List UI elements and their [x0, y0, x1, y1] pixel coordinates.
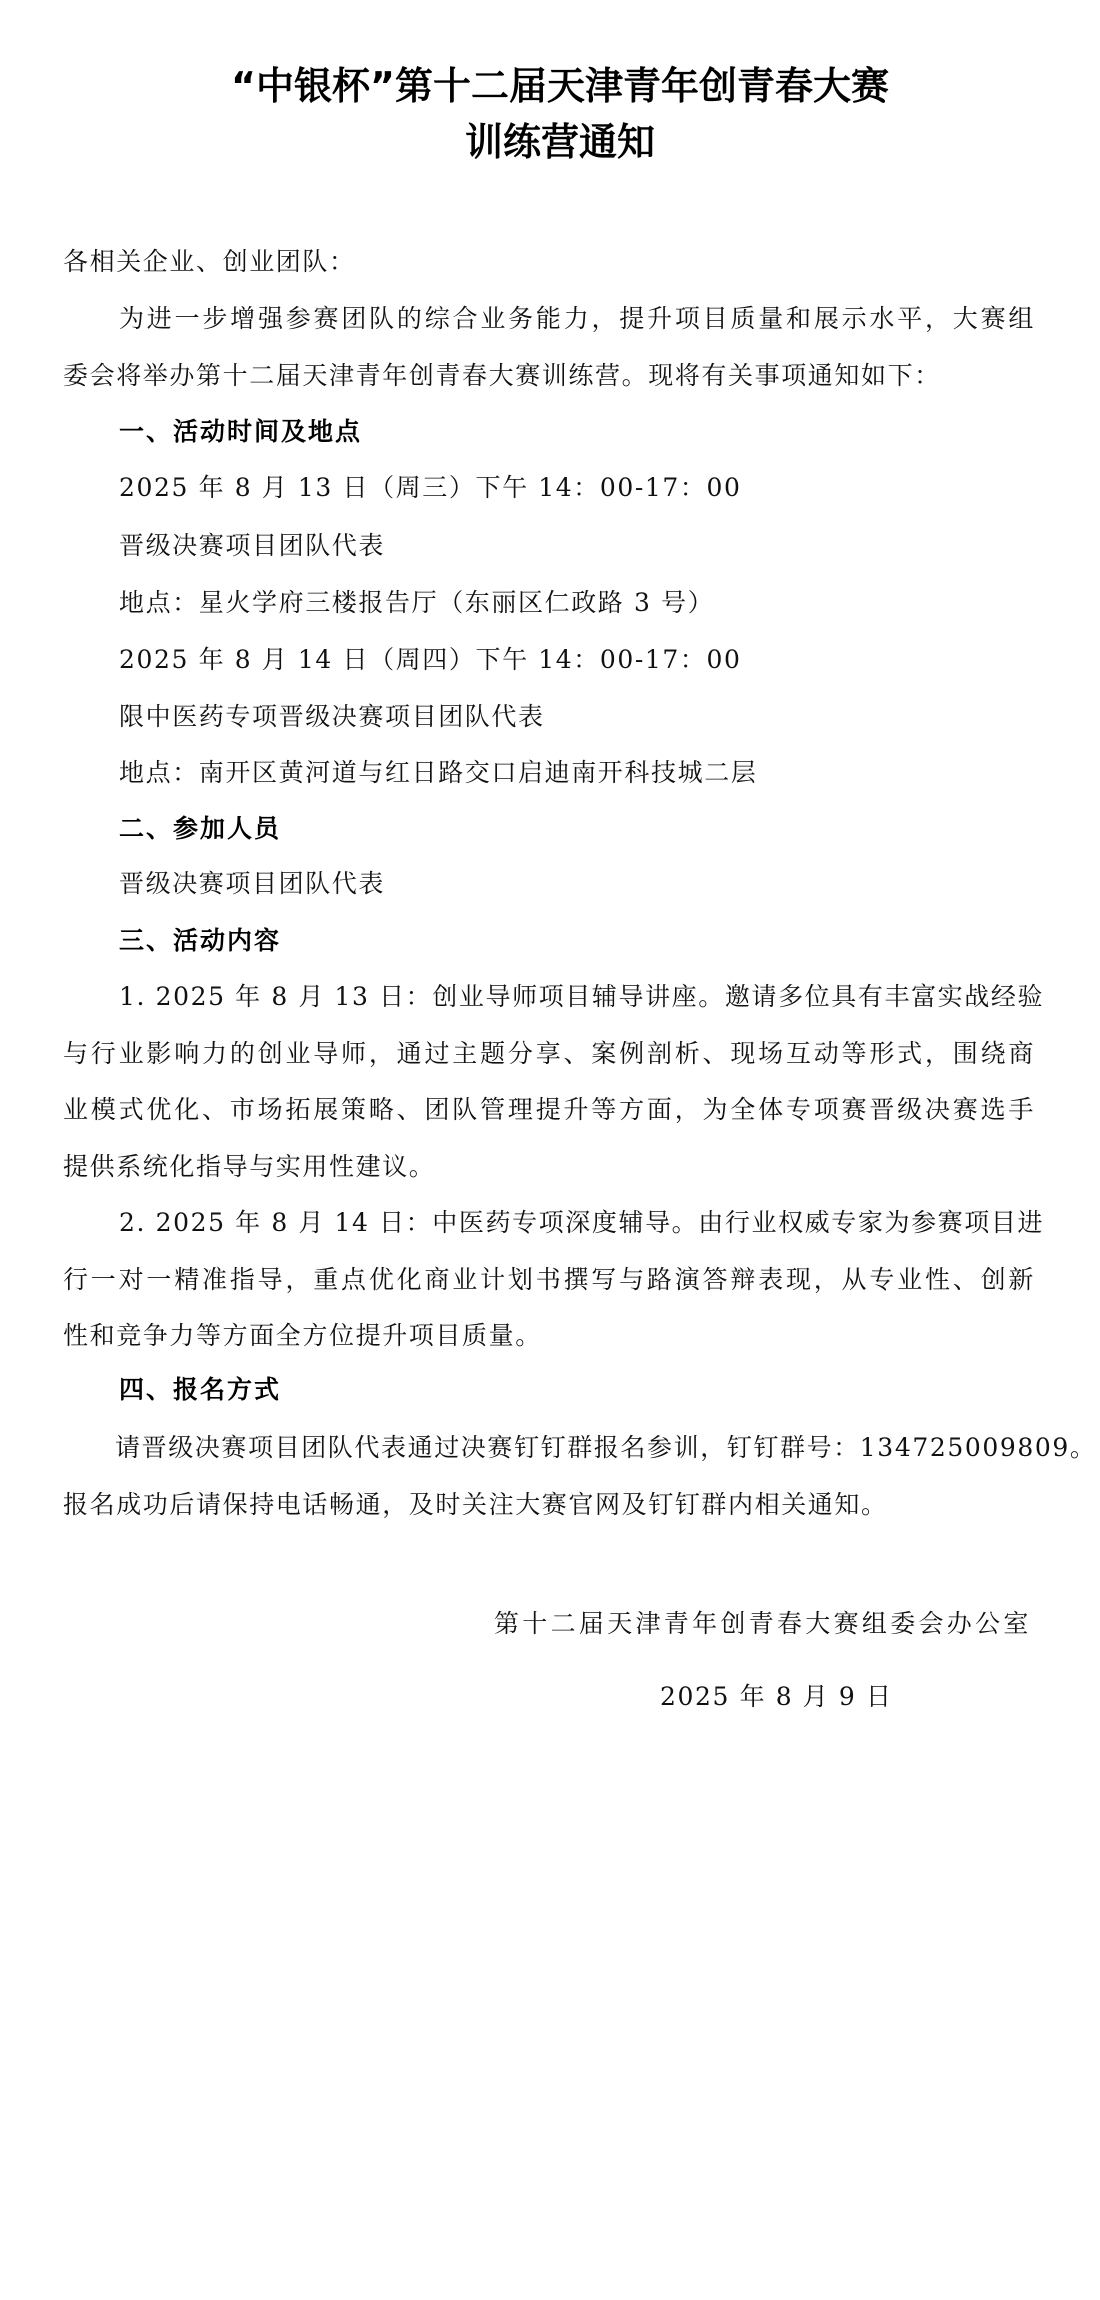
session1-location: 地点：星火学府三楼报告厅（东丽区仁政路 3 号） — [119, 588, 714, 618]
signature-date: 2025 年 8 月 9 日 — [660, 1682, 893, 1712]
content-item2-line-2: 行一对一精准指导，重点优化商业计划书撰写与路演答辩表现，从专业性、创新 — [63, 1265, 1035, 1295]
registration-line-1: 请晋级决赛项目团队代表通过决赛钉钉群报名参训，钉钉群号：134725009809… — [115, 1433, 1023, 1463]
content-item1-line-1: 1. 2025 年 8 月 13 日：创业导师项目辅导讲座。邀请多位具有丰富实战… — [119, 982, 1035, 1012]
content-item2-line-3: 性和竞争力等方面全方位提升项目质量。 — [63, 1321, 542, 1351]
document-title-line-1: “中银杯”第十二届天津青年创青春大赛 — [0, 64, 1100, 108]
session1-time: 2025 年 8 月 13 日（周三）下午 14：00-17：00 — [119, 473, 742, 503]
document-page: “中银杯”第十二届天津青年创青春大赛 训练营通知 各相关企业、创业团队： 为进一… — [0, 0, 1100, 2300]
section-heading-participants: 二、参加人员 — [119, 814, 281, 844]
participants-body: 晋级决赛项目团队代表 — [119, 869, 385, 899]
session2-time: 2025 年 8 月 14 日（周四）下午 14：00-17：00 — [119, 645, 742, 675]
session2-location: 地点：南开区黄河道与红日路交口启迪南开科技城二层 — [119, 758, 757, 788]
registration-line-2: 报名成功后请保持电话畅通，及时关注大赛官网及钉钉群内相关通知。 — [63, 1490, 888, 1520]
section-heading-registration: 四、报名方式 — [119, 1375, 281, 1405]
intro-line-2: 委会将举办第十二届天津青年创青春大赛训练营。现将有关事项通知如下： — [63, 361, 941, 391]
content-item1-line-4: 提供系统化指导与实用性建议。 — [63, 1152, 435, 1182]
salutation: 各相关企业、创业团队： — [63, 247, 356, 277]
content-item1-line-2: 与行业影响力的创业导师，通过主题分享、案例剖析、现场互动等形式，围绕商 — [63, 1039, 1035, 1069]
document-title-line-2: 训练营通知 — [0, 120, 1100, 164]
content-item2-line-1: 2. 2025 年 8 月 14 日：中医药专项深度辅导。由行业权威专家为参赛项… — [119, 1208, 1035, 1238]
signature-organization: 第十二届天津青年创青春大赛组委会办公室 — [494, 1609, 1030, 1639]
content-item1-line-3: 业模式优化、市场拓展策略、团队管理提升等方面，为全体专项赛晋级决赛选手 — [63, 1095, 1035, 1125]
section-heading-time-location: 一、活动时间及地点 — [119, 417, 362, 447]
intro-line-1: 为进一步增强参赛团队的综合业务能力，提升项目质量和展示水平，大赛组 — [119, 304, 1035, 334]
session2-participants: 限中医药专项晋级决赛项目团队代表 — [119, 702, 545, 732]
section-heading-content: 三、活动内容 — [119, 926, 281, 956]
session1-participants: 晋级决赛项目团队代表 — [119, 531, 385, 561]
